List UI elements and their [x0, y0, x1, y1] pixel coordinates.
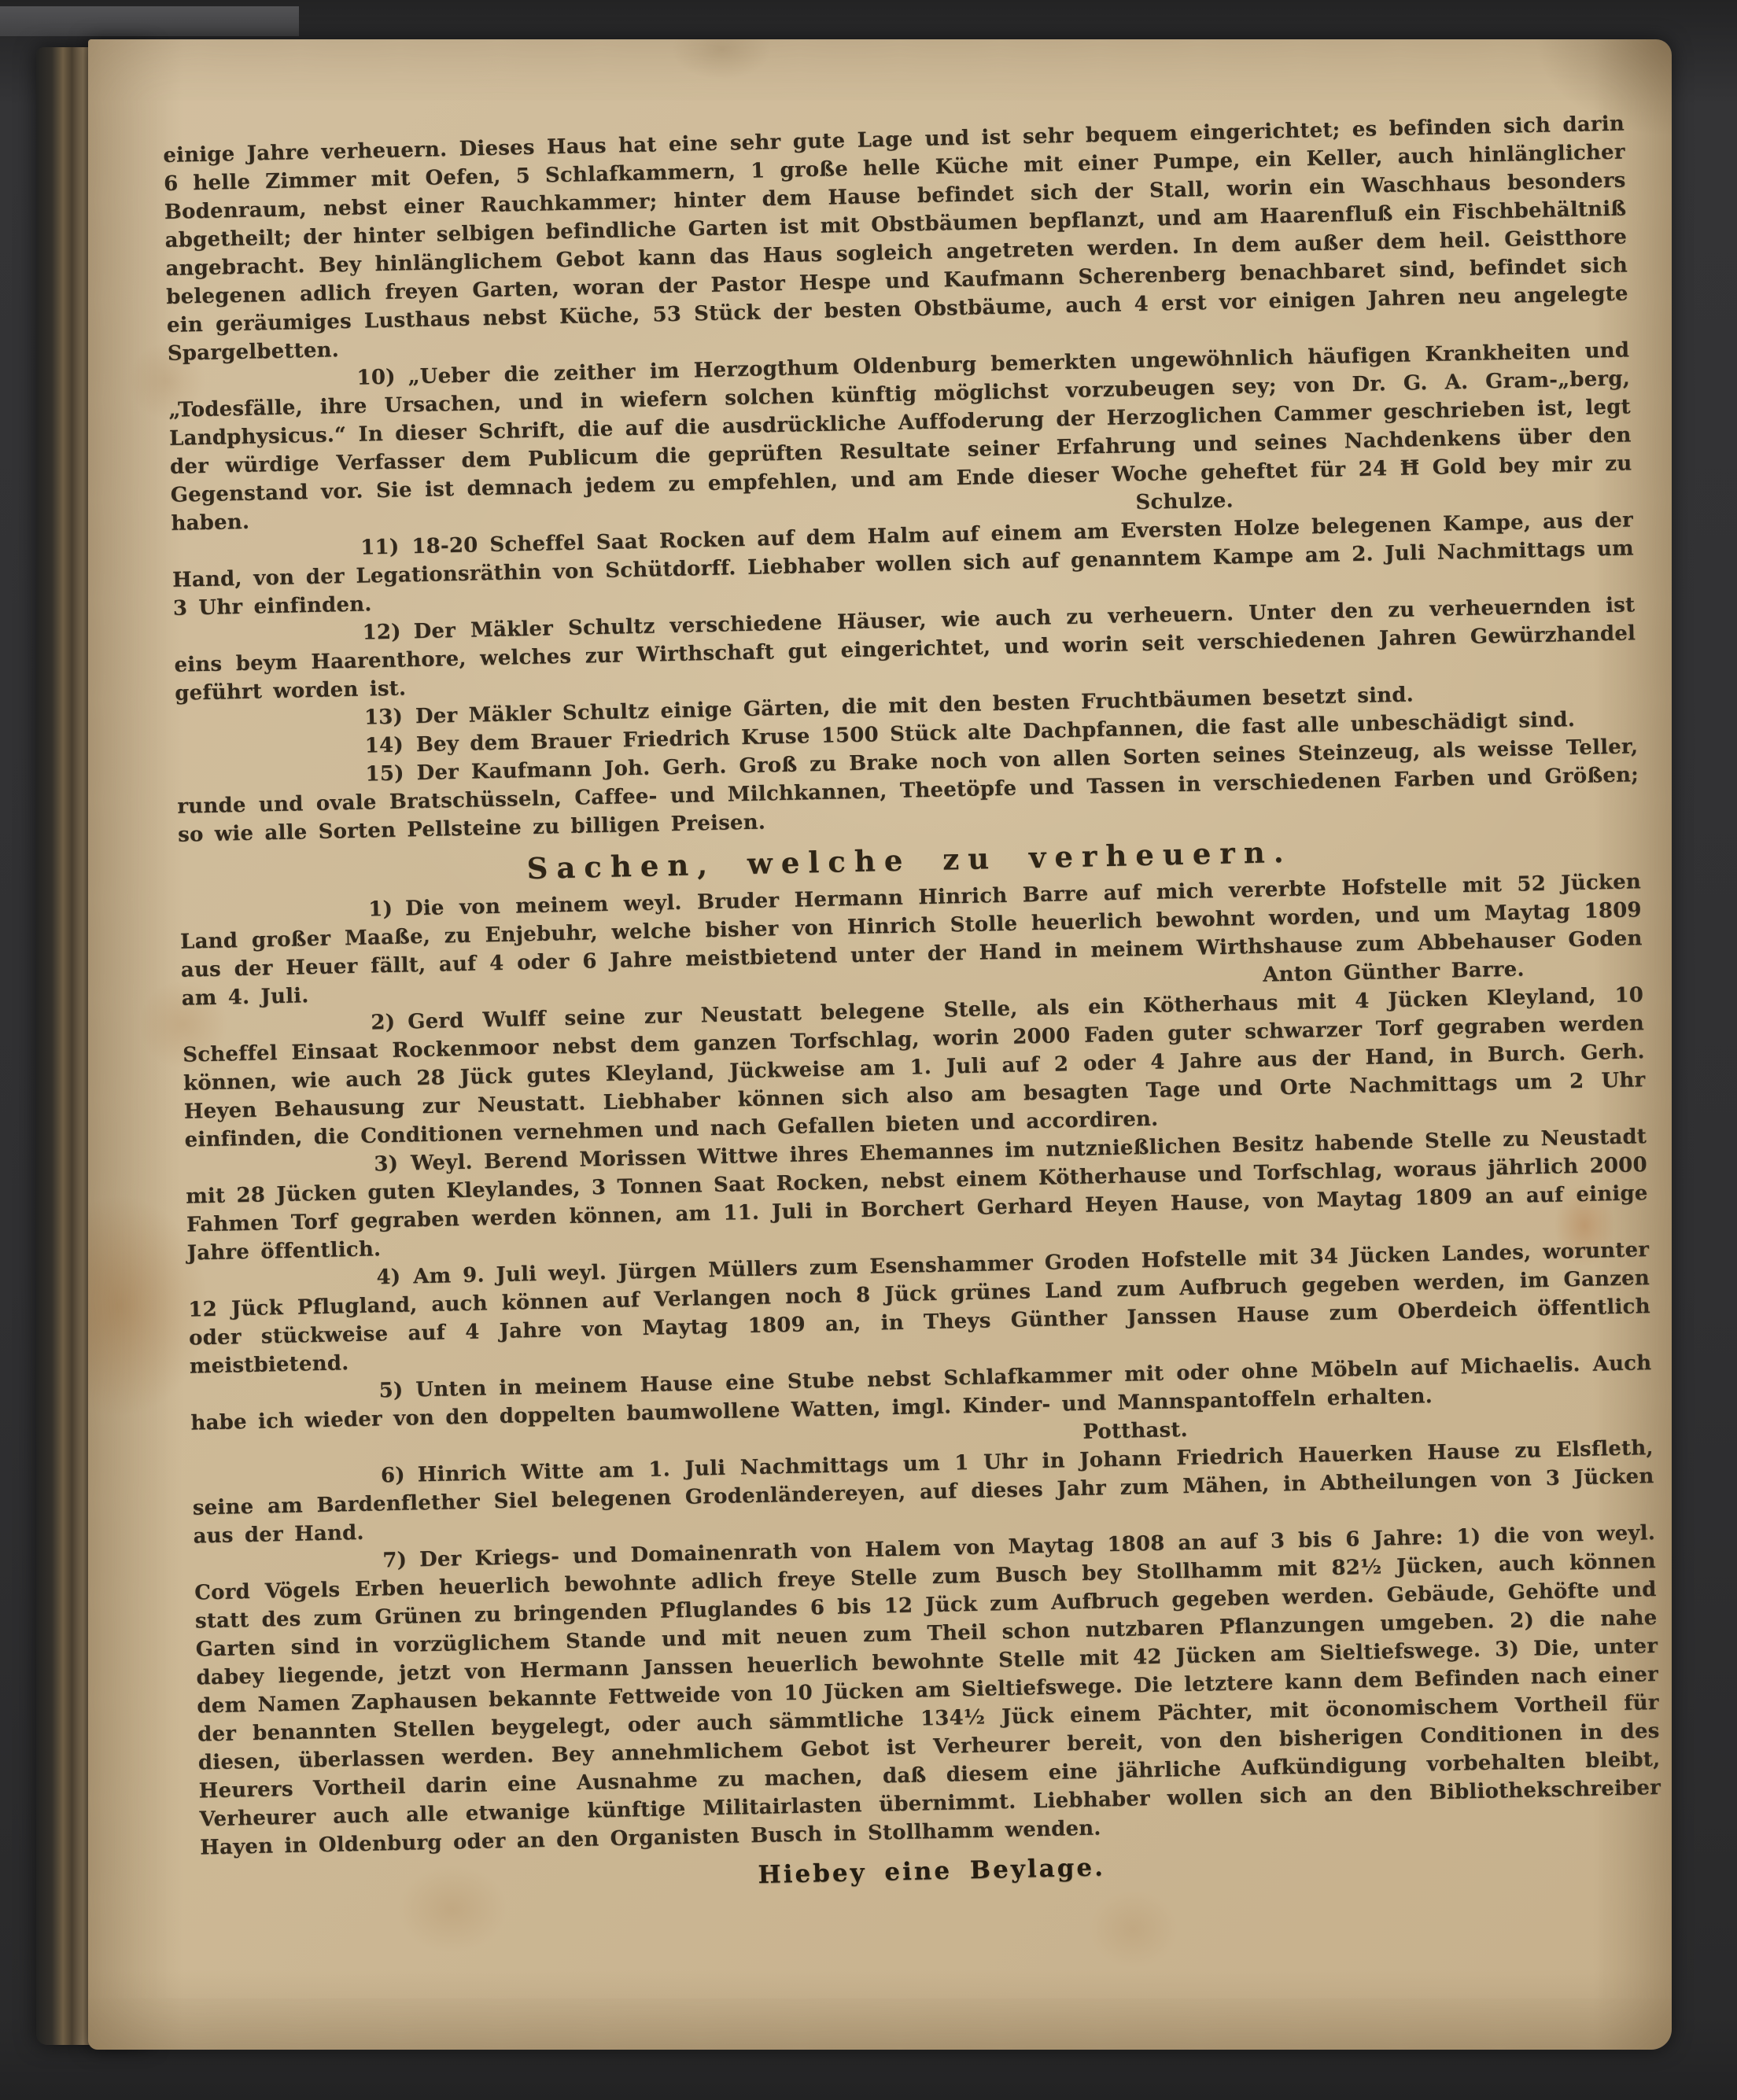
notice-number: 15)	[365, 762, 404, 787]
notice-number: 3)	[374, 1152, 398, 1177]
notice-number: 1)	[368, 897, 393, 922]
intro-paragraph: einige Jahre verheuern. Dieses Haus hat …	[163, 109, 1629, 367]
notice-number: 10)	[356, 366, 396, 390]
notice-number: 7)	[382, 1549, 407, 1573]
notice-number: 13)	[364, 706, 404, 730]
page-text-column: einige Jahre verheuern. Dieses Haus hat …	[163, 109, 1662, 1901]
notice-number: 12)	[362, 621, 401, 645]
notice-text: Der Kriegs- und Domainenrath von Halem v…	[194, 1521, 1661, 1859]
notice-number: 11)	[360, 536, 400, 560]
scan-light-streak	[0, 6, 299, 36]
notice-number: 2)	[371, 1011, 395, 1035]
notice-number: 5)	[378, 1379, 403, 1403]
notice-number: 14)	[365, 734, 404, 758]
notice-item-7: 7)Der Kriegs- und Domainenrath von Halem…	[194, 1519, 1661, 1862]
scanned-page: einige Jahre verheuern. Dieses Haus hat …	[88, 39, 1672, 2050]
notice-number: 4)	[376, 1266, 400, 1290]
notice-number: 6)	[381, 1464, 405, 1488]
